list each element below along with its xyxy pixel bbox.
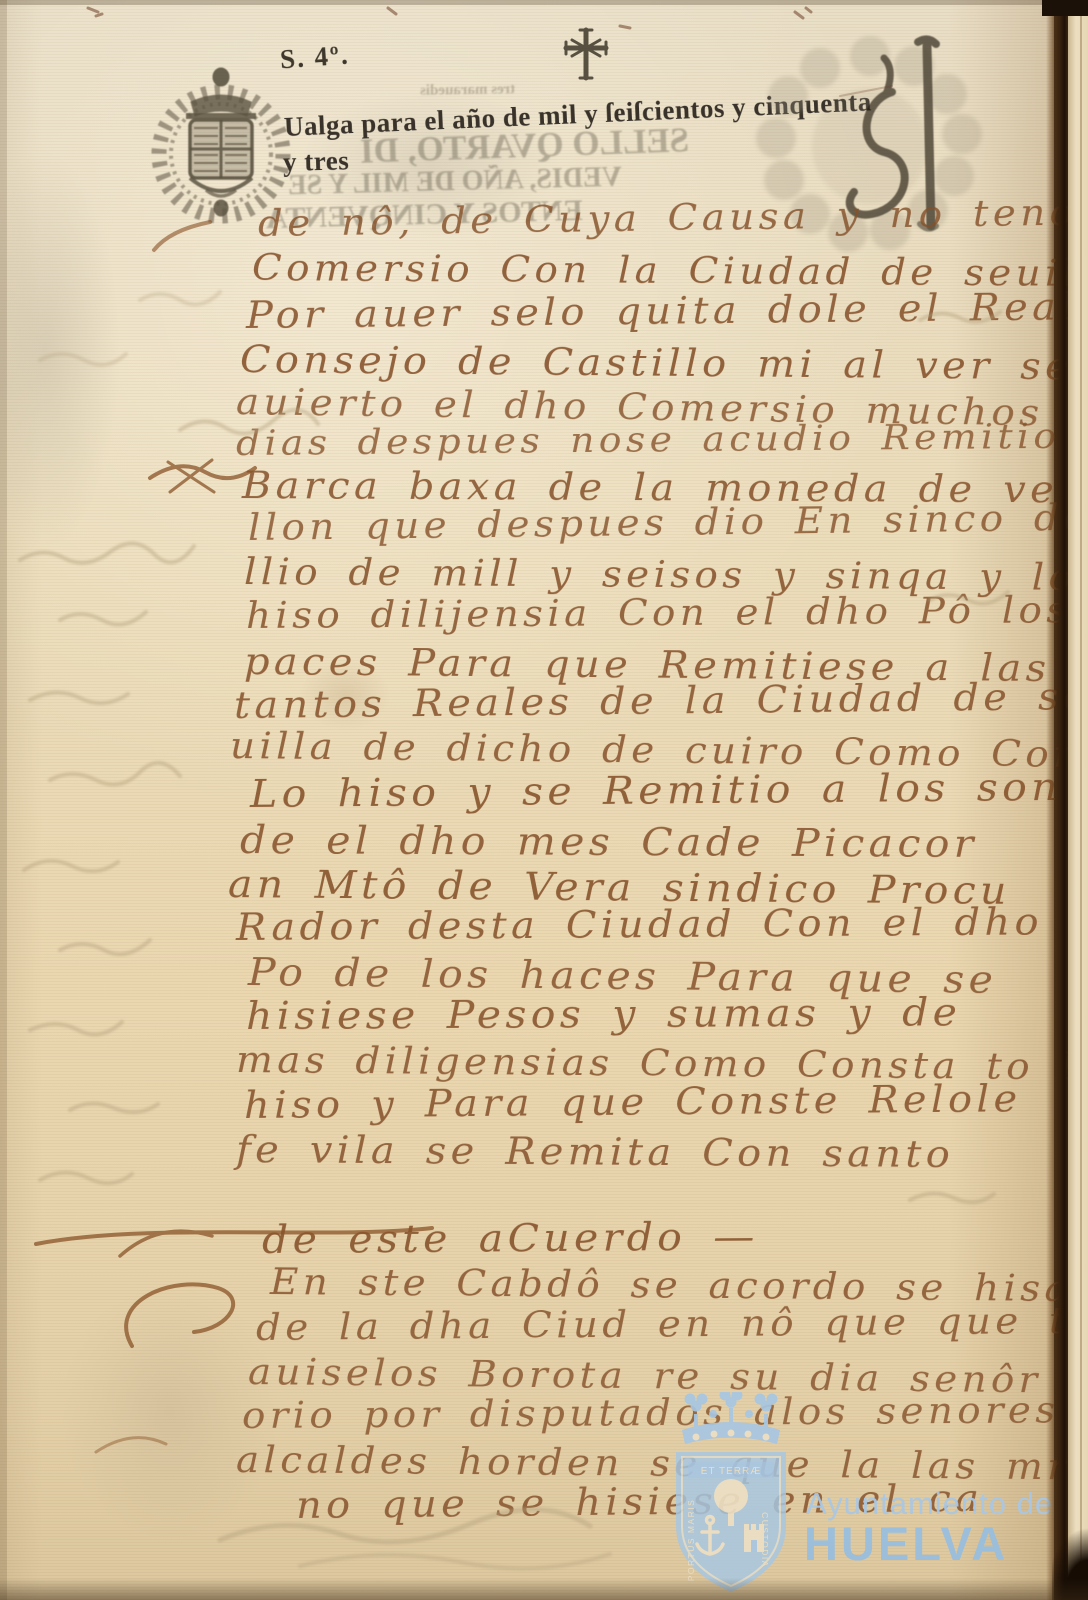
manuscript-line: hiso y Para que Conste Relole xyxy=(244,1077,1022,1127)
manuscript-line: de este aCuerdo — xyxy=(262,1215,759,1262)
manuscript-line: Por auer selo quita dole el Real xyxy=(246,285,1078,337)
next-page-edge xyxy=(1068,0,1088,1600)
manuscript-line: fe vila se Remita Con santo xyxy=(236,1128,954,1176)
scanned-page-photo: SELLO QVARTO, DIVEDIS, AÑO DE MIL Y SEEN… xyxy=(0,0,1088,1600)
manuscript-line: hiso dilijensia Con el dho Pô los xyxy=(246,590,1071,637)
manuscript-line: de el dho mes Cade Picacor xyxy=(240,818,978,866)
binding-corner-dark xyxy=(1042,0,1088,16)
page-top-shadow xyxy=(0,0,1054,5)
manuscript-line: hisiese Pesos y sumas y de xyxy=(246,990,962,1038)
next-page-crease xyxy=(1080,0,1082,1600)
cross-mark-icon xyxy=(558,24,614,84)
manuscript-line: de la dha Ciud en nô que que tilde xyxy=(256,1300,1088,1349)
page-left-edge xyxy=(0,0,7,1600)
manuscript-line: Lo hiso y se Remitio a los son xyxy=(250,765,1062,816)
manuscript-line: orio por disputados alos senores xyxy=(242,1390,1060,1437)
manuscript-line: Rador desta Ciudad Con el dho xyxy=(236,900,1043,949)
verso-bleedthrough-fragment: tres marauedis xyxy=(420,81,515,100)
manuscript-line: no que se hisiese en el ca xyxy=(296,1477,984,1527)
manuscript-line: dias despues nose acudio Remitio xyxy=(236,417,1061,464)
manuscript-page: SELLO QVARTO, DIVEDIS, AÑO DE MIL Y SEEN… xyxy=(0,0,1054,1600)
page-bottom-shadow xyxy=(0,1578,1088,1600)
manuscript-line: tantos Reales de la Ciudad de se xyxy=(234,675,1088,727)
manuscript-line: Consejo de Castillo mi al ver se xyxy=(240,338,1073,388)
